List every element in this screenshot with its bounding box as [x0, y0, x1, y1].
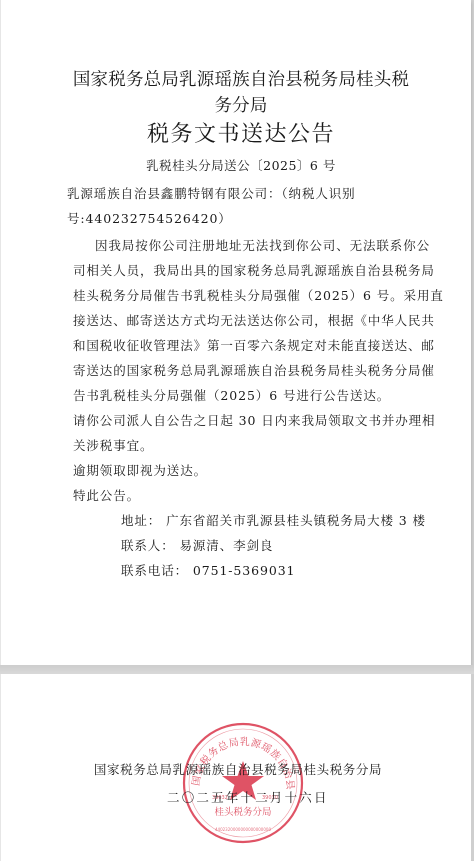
phone-value: 0751-5369031 — [193, 563, 296, 578]
address-value: 广东省韶关市乳源县桂头镇税务局大楼 3 楼 — [166, 513, 426, 528]
addressee-line-1: 乳源瑶族自治县鑫鹏特钢有限公司：（纳税人识别 — [67, 184, 356, 202]
svg-text:桂头税务分局: 桂头税务分局 — [214, 806, 271, 818]
paragraph-line-3: 桂头税务分局催告书乳税桂头分局强催（2025）6 号。采用直 — [73, 286, 444, 304]
paragraph-line-5: 和国税收征收管理法》第一百零六条规定对未能直接送达、邮 — [73, 336, 435, 354]
contact-phone: 联系电话： 0751-5369031 — [121, 561, 295, 579]
paragraph-line-2: 司相关人员，我局出具的国家税务总局乳源瑶族自治县税务局 — [73, 261, 435, 279]
paragraph-line-1: 因我局按你公司注册地址无法找到你公司、无法联系你公 — [95, 236, 430, 254]
document-page-2: 国家税务总局乳源瑶族自治县税务局 39032 39030 桂头税务分局 4402… — [0, 674, 471, 861]
page-separator — [0, 665, 474, 674]
request-line-1: 请你公司派人自公告之日起 30 日内来我局领取文书并办理相 — [73, 411, 435, 429]
signing-authority: 国家税务总局乳源瑶族自治县税务局桂头税务分局 — [1, 760, 474, 778]
persons-value: 易源清、李剑良 — [179, 538, 273, 553]
contact-persons: 联系人： 易源清、李剑良 — [121, 536, 273, 554]
request-line-2: 关涉税事宜。 — [73, 436, 153, 454]
persons-label: 联系人： — [121, 538, 175, 553]
document-title: 税务文书送达公告 — [61, 121, 421, 149]
official-seal-icon: 国家税务总局乳源瑶族自治县税务局 39032 39030 桂头税务分局 4402… — [179, 719, 307, 847]
addressee-line-2: 号:440232754526420） — [67, 209, 232, 227]
title-line-a: 国家税务总局乳源瑶族自治县税务局桂头税 — [73, 70, 409, 90]
paragraph-line-4: 接送达、邮寄送达方式均无法送达你公司，根据《中华人民共 — [73, 311, 435, 329]
document-number: 乳税桂头分局送公〔2025〕6 号 — [61, 157, 421, 175]
contact-address: 地址： 广东省韶关市乳源县桂头镇税务局大楼 3 楼 — [121, 511, 426, 529]
paragraph-line-7: 告书乳税桂头分局强催（2025）6 号进行公告送达。 — [73, 386, 390, 404]
issuing-authority-title: 国家税务总局乳源瑶族自治县税务局桂头税 务分局 — [61, 67, 421, 119]
phone-label: 联系电话： — [121, 563, 188, 578]
svg-text:4402320000000000000000: 4402320000000000000000 — [215, 827, 271, 832]
closing-line: 特此公告。 — [73, 486, 140, 504]
signing-date: 二〇二五年十二月十六日 — [167, 788, 329, 806]
overdue-notice: 逾期领取即视为送达。 — [73, 461, 207, 479]
document-page-1: 国家税务总局乳源瑶族自治县税务局桂头税 务分局 税务文书送达公告 乳税桂头分局送… — [0, 0, 471, 665]
address-label: 地址： — [121, 513, 161, 528]
paragraph-line-6: 寄送达的国家税务总局乳源瑶族自治县税务局桂头税务分局催 — [73, 361, 435, 379]
title-line-b: 务分局 — [214, 96, 267, 116]
